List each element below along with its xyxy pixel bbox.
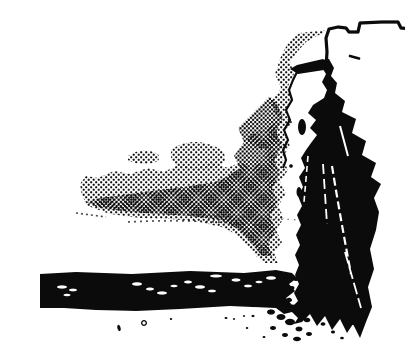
rubble-pebble bbox=[252, 315, 255, 317]
rubble-pebble bbox=[263, 336, 266, 338]
rubble-pebble bbox=[349, 311, 352, 313]
rubble-stone bbox=[286, 305, 298, 312]
rubble-stone bbox=[321, 322, 326, 326]
rubble-stone bbox=[306, 332, 312, 336]
rubble-stone bbox=[293, 337, 301, 341]
illustration-canvas bbox=[40, 16, 405, 344]
sea-highlight bbox=[256, 281, 263, 283]
rubble-stone bbox=[299, 302, 309, 308]
sea-shadow-band bbox=[40, 270, 297, 311]
rubble-stone bbox=[304, 318, 311, 323]
rubble-stone bbox=[285, 319, 295, 325]
shore-mark-dot bbox=[225, 317, 228, 319]
rubble-stone bbox=[343, 316, 347, 319]
rubble-pebble bbox=[233, 318, 235, 320]
shore-mark-dot bbox=[170, 318, 172, 320]
sea-highlight bbox=[146, 288, 154, 291]
face-speck bbox=[298, 119, 306, 135]
rubble-stone bbox=[325, 307, 331, 311]
sea-highlight bbox=[266, 276, 276, 280]
rubble-pebble bbox=[340, 337, 344, 340]
rubble-stone bbox=[282, 333, 288, 337]
rubble-stone bbox=[296, 327, 303, 332]
sea-highlight bbox=[195, 285, 205, 288]
face-speck bbox=[289, 164, 293, 168]
rubble-stone bbox=[331, 331, 335, 334]
sea-highlight bbox=[232, 278, 241, 281]
sea-highlight bbox=[210, 275, 222, 278]
sea-highlight bbox=[69, 289, 77, 292]
rubble-pebble bbox=[352, 323, 355, 325]
sea-highlight bbox=[208, 290, 216, 293]
rubble-stone bbox=[270, 326, 276, 330]
sea-band-end-blob bbox=[286, 298, 292, 302]
sea-highlight bbox=[171, 285, 178, 288]
sea-highlight bbox=[57, 285, 67, 288]
rubble-pebble bbox=[246, 327, 249, 329]
rubble-stone bbox=[277, 314, 286, 320]
sea-band-end-blob bbox=[290, 286, 295, 290]
sea-highlight bbox=[132, 282, 142, 286]
rubble-stone bbox=[259, 302, 265, 306]
sea-highlight bbox=[157, 291, 167, 294]
rubble-stone bbox=[267, 309, 275, 314]
sea-highlight bbox=[244, 285, 252, 288]
face-speck bbox=[297, 187, 302, 197]
rubble-stone bbox=[335, 305, 340, 309]
engraving-figure bbox=[40, 16, 405, 344]
sea-highlight bbox=[184, 281, 192, 284]
shore-mark-dot bbox=[243, 315, 245, 317]
rubble-stone bbox=[313, 311, 321, 316]
sea-highlight bbox=[64, 294, 71, 296]
